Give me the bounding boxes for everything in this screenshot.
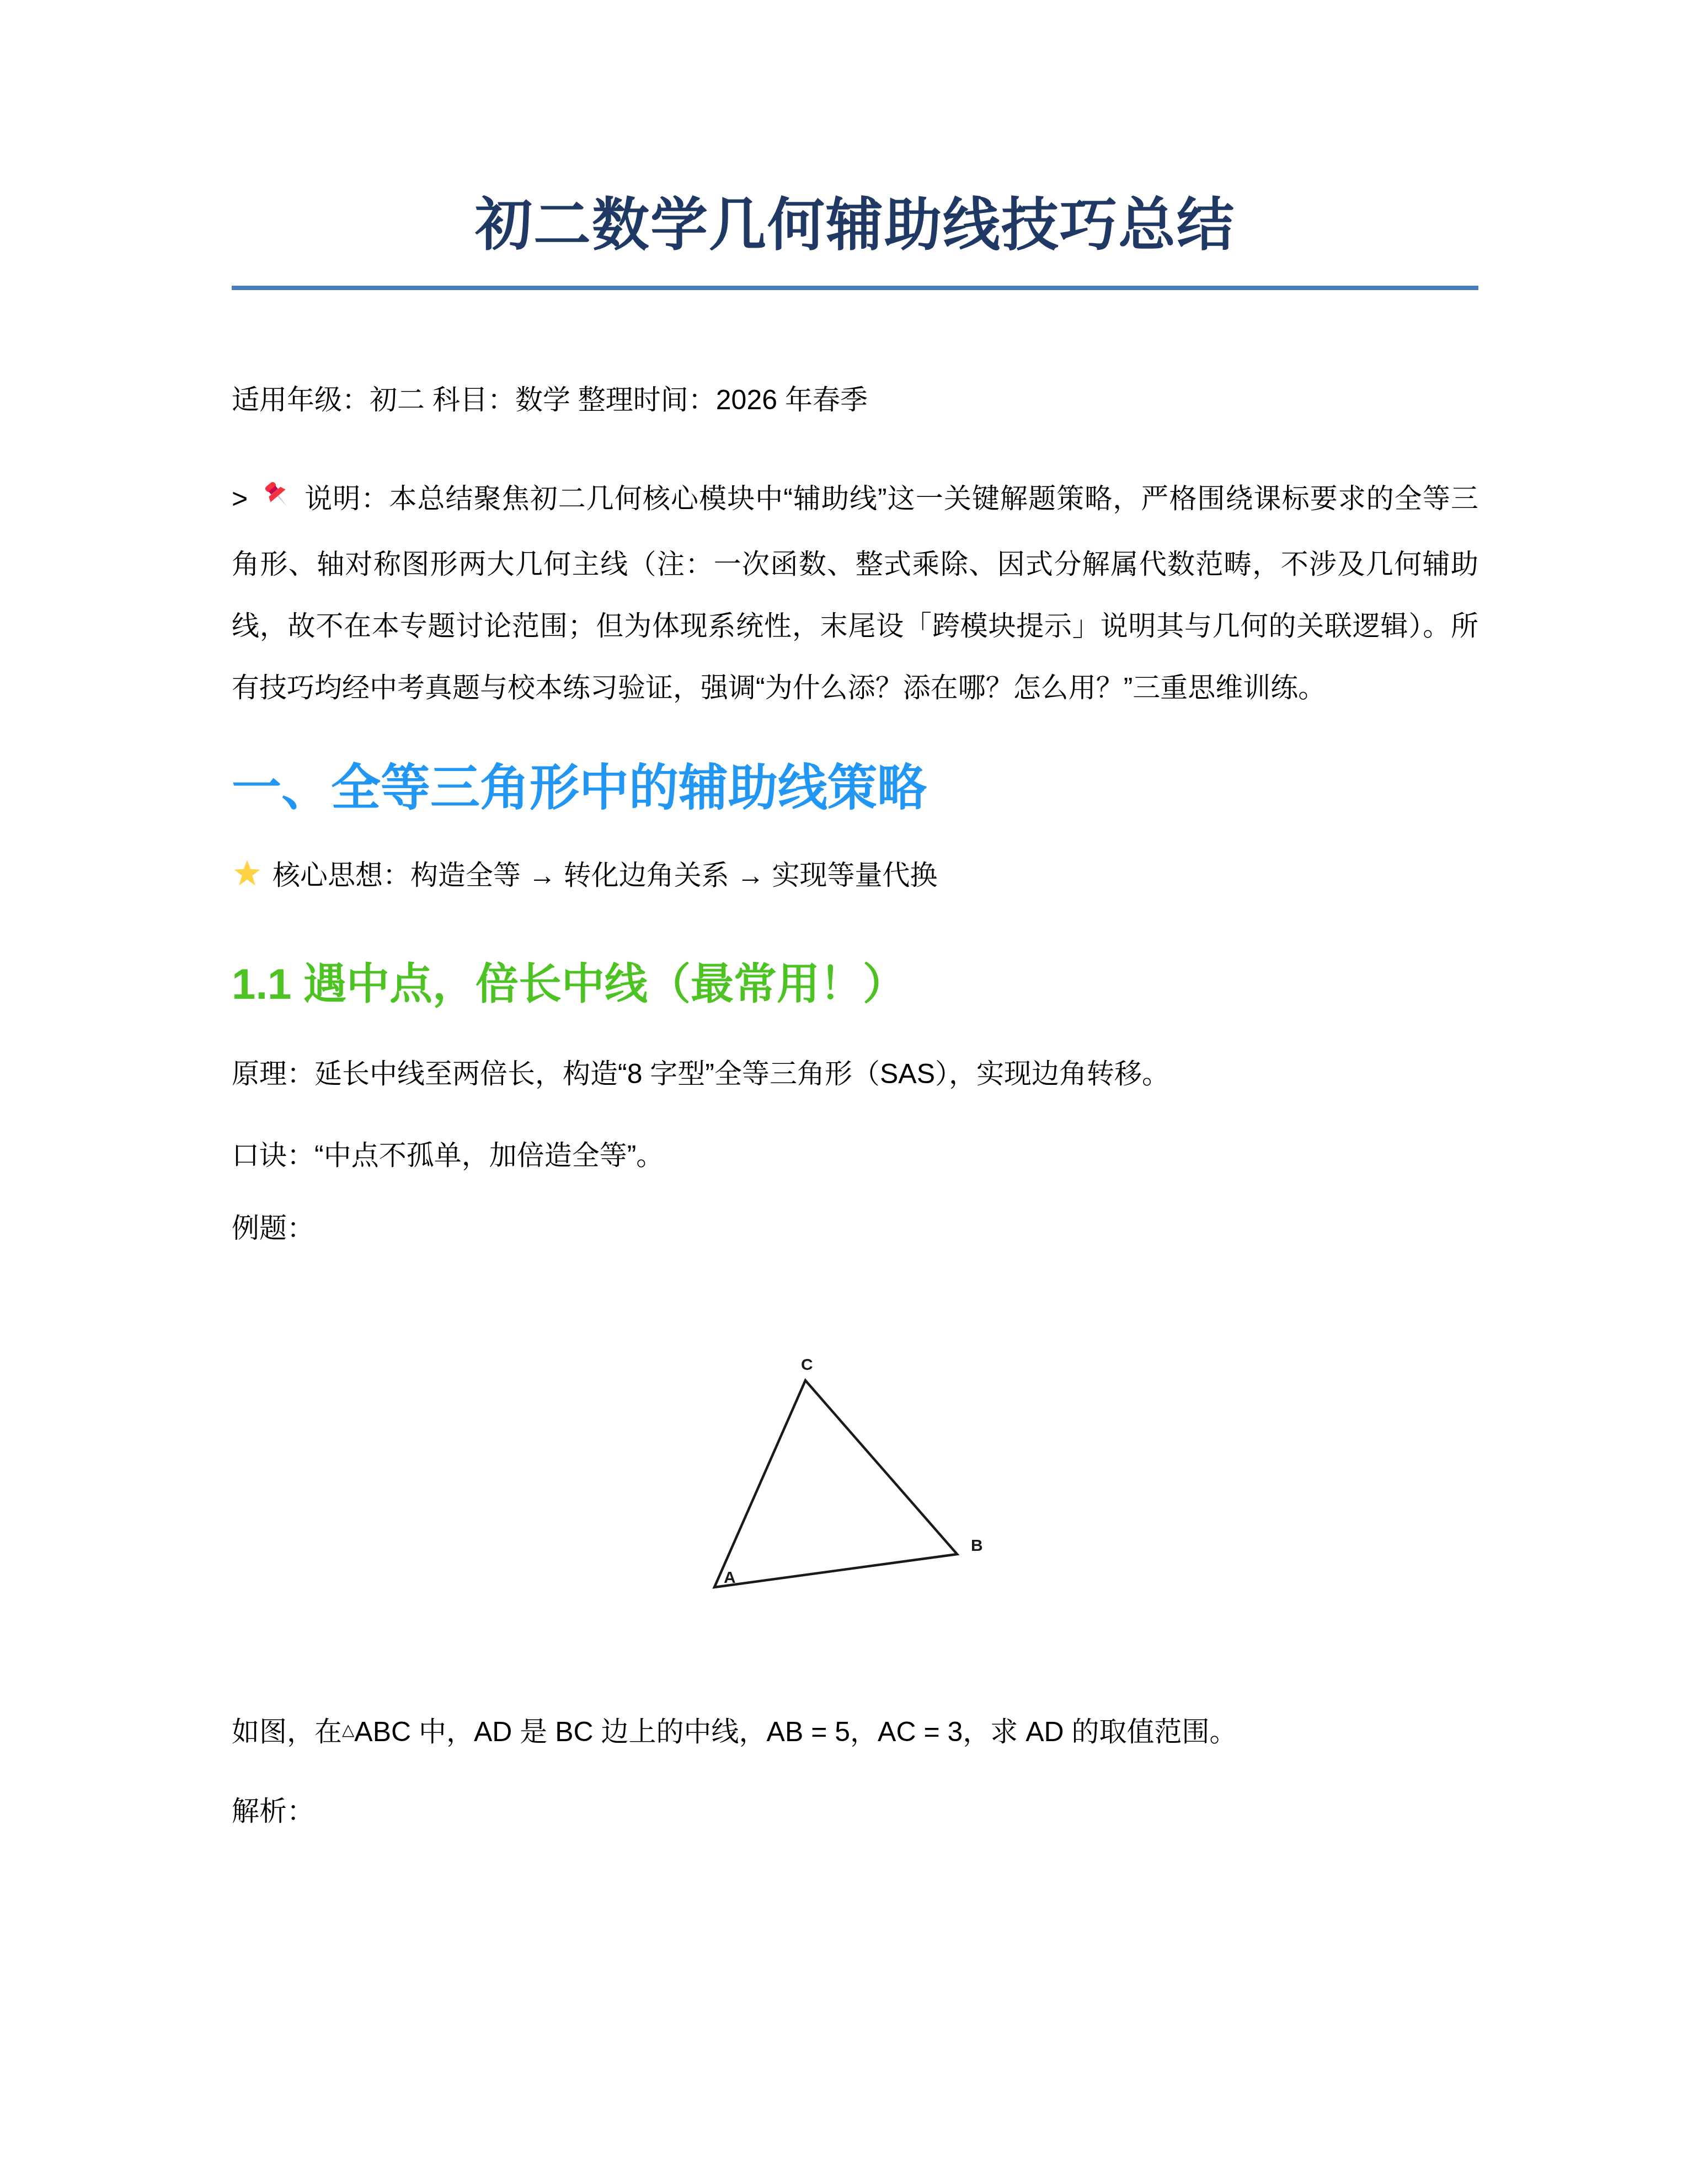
problem-text-body: ABC 中，AD 是 BC 边上的中线，AB = 5，AC = 3，求 AD 的…	[354, 1716, 1237, 1747]
core-idea-line: 核心思想：构造全等 → 转化边角关系 → 实现等量代换	[232, 858, 1478, 897]
star-icon	[232, 858, 263, 897]
problem-statement: 如图，在△ABC 中，AD 是 BC 边上的中线，AB = 5，AC = 3，求…	[232, 1713, 1478, 1749]
analysis-label: 解析：	[232, 1794, 1478, 1828]
intro-paragraph: > 说明：本总结聚焦初二几何核心模块中“辅助线”这一关键解题策略，严格围绕课标要…	[232, 468, 1478, 719]
example-label: 例题：	[232, 1211, 1478, 1245]
triangle-outline	[714, 1380, 957, 1587]
triangle-symbol: △	[342, 1721, 354, 1739]
triangle-abc-drawing: C B A	[673, 1328, 1037, 1620]
subsection-heading-1-1: 1.1 遇中点，倍长中线（最常用！）	[232, 960, 1478, 1008]
document-page: 初二数学几何辅助线技巧总结 适用年级：初二 科目：数学 整理时间：2026 年春…	[232, 0, 1478, 1828]
title-divider	[232, 286, 1478, 290]
pushpin-icon	[262, 472, 294, 533]
problem-text-lead: 如图，在	[232, 1716, 342, 1747]
triangle-figure: C B A	[673, 1328, 1037, 1620]
vertex-label-b: B	[971, 1537, 983, 1555]
page-title: 初二数学几何辅助线技巧总结	[232, 0, 1478, 257]
vertex-label-a: A	[724, 1569, 736, 1587]
principle-line: 原理：延长中线至两倍长，构造“8 字型”全等三角形（SAS），实现边角转移。	[232, 1057, 1478, 1091]
blockquote-marker: >	[232, 483, 248, 514]
section-heading-1: 一、全等三角形中的辅助线策略	[232, 761, 1478, 816]
vertex-label-c: C	[801, 1356, 813, 1374]
mnemonic-line: 口诀：“中点不孤单，加倍造全等”。	[232, 1138, 1478, 1173]
meta-line: 适用年级：初二 科目：数学 整理时间：2026 年春季	[232, 383, 1478, 417]
intro-text: 说明：本总结聚焦初二几何核心模块中“辅助线”这一关键解题策略，严格围绕课标要求的…	[232, 483, 1478, 703]
core-idea-text: 核心思想：构造全等 → 转化边角关系 → 实现等量代换	[273, 860, 938, 891]
